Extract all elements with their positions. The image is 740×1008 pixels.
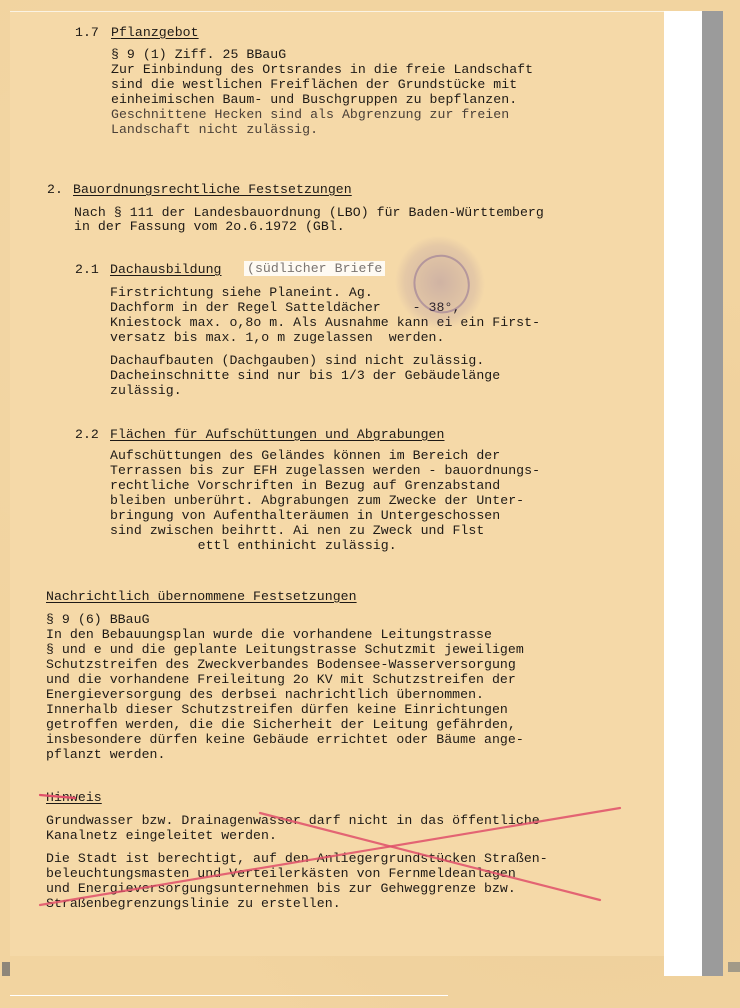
text-line: Kanalnetz eingeleitet werden. — [46, 828, 277, 843]
text-line: in der Fassung vom 2o.6.1972 (GBl. — [74, 219, 345, 234]
text-line: Dacheinschnitte sind nur bis 1/3 der Geb… — [110, 368, 500, 383]
text-line: Dachaufbauten (Dachgauben) sind nicht zu… — [110, 353, 484, 368]
section-heading: Flächen für Aufschüttungen und Abgrabung… — [110, 427, 444, 442]
scan-margin-gray — [702, 11, 723, 976]
text-line: § und e und die geplante Leitungstrasse … — [46, 642, 524, 657]
section-heading: Dachausbildung — [110, 262, 222, 277]
text-line: und die vorhandene Freileitung 2o KV mit… — [46, 672, 516, 687]
text-line: beleuchtungsmasten und Verteilerkästen v… — [46, 866, 516, 881]
text-line: Aufschüttungen des Geländes können im Be… — [110, 448, 500, 463]
text-line: Energieversorgung des derbsei nachrichtl… — [46, 687, 484, 702]
section-heading: Bauordnungsrechtliche Festsetzungen — [73, 182, 352, 197]
text-line: Zur Einbindung des Ortsrandes in die fre… — [111, 62, 533, 77]
text-line: sind zwischen beihrtt. Ai nen zu Zweck u… — [110, 523, 484, 538]
text-line: Schutzstreifen des Zweckverbandes Bodens… — [46, 657, 516, 672]
text-line: pflanzt werden. — [46, 747, 165, 762]
text-line: versatz bis max. 1,o m zugelassen werden… — [110, 330, 444, 345]
text-line: einheimischen Baum- und Buschgruppen zu … — [111, 92, 517, 107]
text-line: Innerhalb dieser Schutzstreifen dürfen k… — [46, 702, 508, 717]
handwritten-annotation: (südlicher Briefe — [244, 261, 385, 276]
text-line: getroffen werden, die die Sicherheit der… — [46, 717, 516, 732]
text-line: ettl enthinicht zulässig. — [110, 538, 397, 553]
text-line: sind die westlichen Freiflächen der Grun… — [111, 77, 517, 92]
text-line: zulässig. — [110, 383, 182, 398]
text-line: Firstrichtung siehe Planeint. Ag. — [110, 285, 373, 300]
text-line: § 9 (6) BBauG — [46, 612, 150, 627]
scan-edge-mark — [2, 962, 10, 976]
text-line: Straßenbegrenzungslinie zu erstellen. — [46, 896, 341, 911]
section-heading: Nachrichtlich übernommene Festsetzungen — [46, 589, 357, 604]
section-heading: Hinweis — [46, 790, 102, 805]
text-line: bleiben unberührt. Abgrabungen zum Zweck… — [110, 493, 524, 508]
text-line: Grundwasser bzw. Drainagenwasser darf ni… — [46, 813, 540, 828]
section-number: 2. — [47, 182, 63, 197]
text-line: bringung von Aufenthalteräumen in Unterg… — [110, 508, 500, 523]
section-number: 1.7 — [75, 25, 99, 40]
text-line: Landschaft nicht zulässig. — [111, 122, 318, 137]
section-heading: Pflanzgebot — [111, 25, 199, 40]
text-line: In den Bebauungsplan wurde die vorhanden… — [46, 627, 492, 642]
text-line: § 9 (1) Ziff. 25 BBauG — [111, 47, 286, 62]
text-line: und Energieversorgungsunternehmen bis zu… — [46, 881, 516, 896]
scan-margin-white — [664, 11, 702, 976]
text-line: rechtliche Vorschriften in Bezug auf Gre… — [110, 478, 500, 493]
text-line: insbesondere dürfen keine Gebäude errich… — [46, 732, 524, 747]
text-line: Die Stadt ist berechtigt, auf den Anlieg… — [46, 851, 548, 866]
text-line: Geschnittene Hecken sind als Abgrenzung … — [111, 107, 509, 122]
text-line: Terrassen bis zur EFH zugelassen werden … — [110, 463, 540, 478]
section-number: 2.1 — [75, 262, 99, 277]
section-number: 2.2 — [75, 427, 99, 442]
text-line: Kniestock max. o,8o m. Als Ausnahme kann… — [110, 315, 540, 330]
scan-edge-mark — [728, 962, 740, 972]
page-edge-line — [10, 995, 448, 996]
